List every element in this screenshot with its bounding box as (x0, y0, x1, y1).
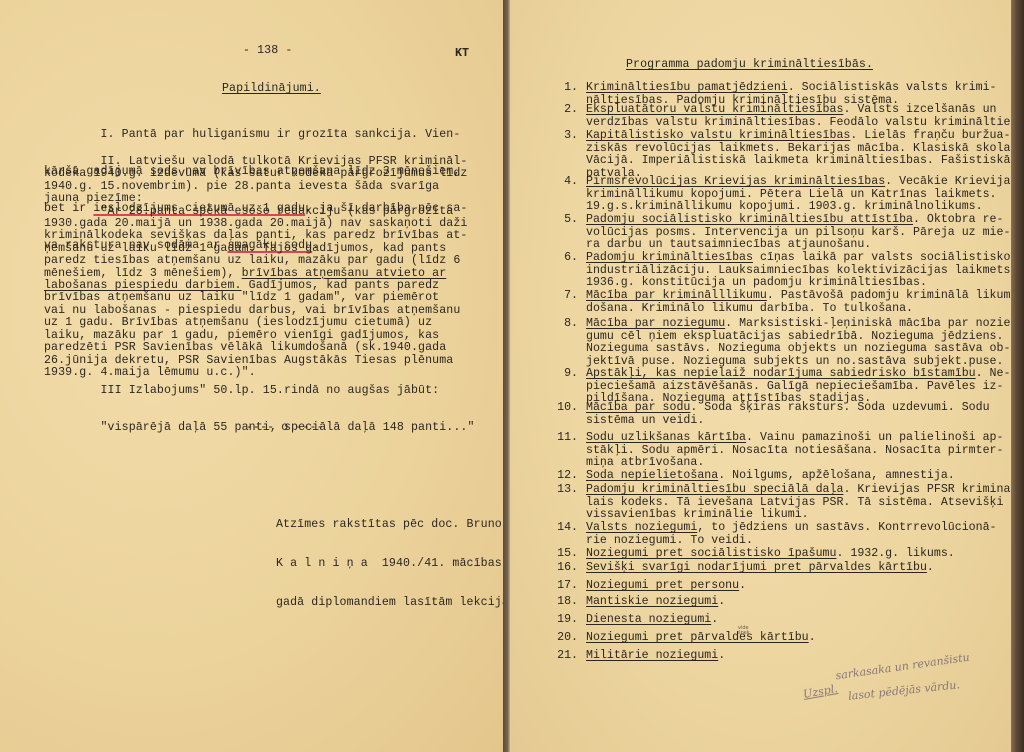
program-item: 17.Noziegumi pret personu. (552, 580, 746, 593)
item-text: Noziegumi pret sociālistisko īpašumu. 19… (586, 548, 955, 561)
signature-note: Atzīmes rakstītas pēc doc. Bruno K a l n… (276, 494, 523, 634)
program-item: 5.Padomju sociālistisko krimināltiesību … (552, 214, 1010, 252)
item-heading: Padomju krimināltiesības (586, 251, 753, 264)
item-heading: Militārie noziegumi (586, 649, 718, 662)
item-text: Padomju sociālistisko krimināltiesību at… (586, 214, 1010, 252)
item-number: 15. (552, 548, 578, 561)
underlined-phrase: brīvības atņemšanu atvieto ar (242, 267, 447, 280)
signature-line: K a l n i ņ a 1940./41. mācības (276, 558, 523, 570)
left-page: - 138 - KT Papildinājumi. I. Pantā par h… (0, 0, 503, 752)
item-number: 20. (552, 632, 578, 645)
item-number: 19. (552, 614, 578, 627)
item-number: 6. (552, 252, 578, 265)
section-divider: ---- o ---- (246, 422, 324, 434)
item-number: 12. (552, 470, 578, 483)
item-number: 21. (552, 650, 578, 663)
program-item: 10.Mācība par sodu. Soda šķiras raksturs… (552, 402, 990, 427)
item-number: 17. (552, 580, 578, 593)
program-item: 18.Mantiskie noziegumi. (552, 596, 725, 609)
section-2-line: jauna piezīme: (44, 193, 467, 205)
item-text: Dienesta noziegumi. (586, 614, 718, 627)
item-heading: Ekspluatātoru valstu krimināltiesības (586, 103, 843, 116)
item-text: Padomju krimināltiesības cīņas laikā par… (586, 252, 1017, 290)
signature-line: Atzīmes rakstītas pēc doc. Bruno (276, 519, 523, 531)
item-number: 18. (552, 596, 578, 609)
item-number: 7. (552, 290, 578, 303)
item-number: 16. (552, 562, 578, 575)
signature-line: gadā diplomandiem lasītām lekcijām. (276, 597, 523, 609)
section-title: Papildinājumi. (222, 83, 321, 95)
item-number: 8. (552, 318, 578, 331)
item-number: 2. (552, 104, 578, 117)
item-number: 1. (552, 82, 578, 95)
item-number: 10. (552, 402, 578, 415)
item-heading: Mācība par noziegumu (586, 317, 725, 330)
item-heading: Dienesta noziegumi (586, 613, 711, 626)
section-2-line: kriminālkodeka sevišķas daļas panti, kas… (44, 230, 467, 242)
program-item: 12.Soda nepielietošana. Noilgums, apžēlo… (552, 470, 955, 483)
item-text: Soda nepielietošana. Noilgums, apžēlošan… (586, 470, 955, 483)
book-gutter (503, 0, 511, 752)
item-number: 3. (552, 130, 578, 143)
program-item: 6.Padomju krimināltiesības cīņas laikā p… (552, 252, 1017, 290)
item-heading: Padomju sociālistisko krimināltiesību at… (586, 213, 913, 226)
item-heading: Noziegumi pret personu (586, 579, 739, 592)
item-heading: Sevišķi svarīgi nodarījumi pret pārvalde… (586, 561, 927, 574)
item-text: Mantiskie noziegumi. (586, 596, 725, 609)
item-heading: Valsts noziegumi (586, 521, 697, 534)
item-text: Mācība par noziegumu. Marksistiski-ļeņin… (586, 318, 1017, 368)
item-text: Mācība par sodu. Soda šķiras raksturs. S… (586, 402, 990, 427)
section-2: II. Latviešu valodā tulkotā Krievijas PF… (44, 156, 467, 379)
section-2-line: kodeka 1940.g. izdevumā (kas satur kodek… (44, 168, 467, 180)
item-text: Pirmsrevolūcijas Krievijas krimināltiesī… (586, 176, 1017, 214)
item-text: Padomju krimināltiesību speciālā daļa. K… (586, 484, 1017, 522)
underlined-phrase: labošanas piespiedu darbiem. (44, 279, 242, 292)
program-item: 16.Sevišķi svarīgi nodarījumi pret pārva… (552, 562, 934, 575)
item-text: Ekspluatātoru valstu krimināltiesības. V… (586, 104, 1024, 129)
item-heading: Noziegumi pret pārvaldes kārtību (586, 631, 809, 644)
program-item: 7.Mācība par kriminālllikumu. Pastāvošā … (552, 290, 1017, 315)
program-item: 14.Valsts noziegumi, to jēdziens un sast… (552, 522, 997, 547)
item-number: 11. (552, 432, 578, 445)
item-text: Sodu uzlikšanas kārtība. Vainu pamazinoš… (586, 432, 1003, 470)
item-heading: Mācība par kriminālllikumu (586, 289, 767, 302)
item-heading: Apstākļi, kas nepielaiž nodarījuma sabie… (586, 367, 976, 380)
item-number: 9. (552, 368, 578, 381)
program-item: 20.Noziegumi pret pārvaldes kārtību. (552, 632, 816, 645)
item-text: Valsts noziegumi, to jēdziens un sastāvs… (586, 522, 997, 547)
program-title: Programma padomju krimināltiesībās. (626, 59, 873, 71)
item-heading: Krimināltiesību pamatjēdzieni (586, 81, 788, 94)
item-heading: Mācība par sodu (586, 401, 690, 414)
item-heading: Noziegumi pret sociālistisko īpašumu (586, 547, 836, 560)
item-text: Noziegumi pret personu. (586, 580, 746, 593)
item-heading: Padomju krimināltiesību speciālā daļa (586, 483, 843, 496)
program-item: 11.Sodu uzlikšanas kārtība. Vainu pamazi… (552, 432, 1003, 470)
program-item: 21.Militārie noziegumi. (552, 650, 725, 663)
program-item: 2.Ekspluatātoru valstu krimināltiesības.… (552, 104, 1024, 129)
section-2-line: uz 1 gadu. Brīvības atņemšanu (ieslodzīj… (44, 317, 467, 329)
item-text: Militārie noziegumi. (586, 650, 725, 663)
item-heading: Mantiskie noziegumi (586, 595, 718, 608)
program-item: 19.Dienesta noziegumi. (552, 614, 718, 627)
program-item: 4.Pirmsrevolūcijas Krievijas krimināltie… (552, 176, 1017, 214)
item-number: 5. (552, 214, 578, 227)
item-heading: Pirmsrevolūcijas Krievijas krimināltiesī… (586, 175, 885, 188)
margin-note: vide špek (738, 626, 750, 636)
corner-mark: KT (455, 48, 469, 60)
page-edge (1011, 0, 1024, 752)
item-heading: Kapitālistisko valstu krimināltiesības (586, 129, 850, 142)
program-item: 3.Kapitālistisko valstu krimināltiesības… (552, 130, 1010, 180)
page-number: - 138 - (243, 45, 292, 57)
item-number: 4. (552, 176, 578, 189)
item-heading: Soda nepielietošana (586, 469, 718, 482)
item-text: Mācība par kriminālllikumu. Pastāvošā pa… (586, 290, 1017, 315)
item-text: Sevišķi svarīgi nodarījumi pret pārvalde… (586, 562, 934, 575)
section-3-line: III Izlabojums" 50.lp. 15.rindā no augša… (44, 385, 475, 397)
item-number: 14. (552, 522, 578, 535)
section-2-line: brīvības atņemšanu uz laiku "līdz 1 gada… (44, 292, 467, 304)
item-text: Noziegumi pret pārvaldes kārtību. (586, 632, 816, 645)
program-item: 15.Noziegumi pret sociālistisko īpašumu.… (552, 548, 955, 561)
section-3: III Izlabojums" 50.lp. 15.rindā no augša… (44, 360, 475, 459)
item-number: 13. (552, 484, 578, 497)
program-item: 13.Padomju krimināltiesību speciālā daļa… (552, 484, 1017, 522)
program-item: 8.Mācība par noziegumu. Marksistiski-ļeņ… (552, 318, 1017, 368)
item-heading: Sodu uzlikšanas kārtība (586, 431, 746, 444)
section-1-line: I. Pantā par huliganismu ir grozīta sank… (44, 129, 467, 141)
item-text: Kapitālistisko valstu krimināltiesības. … (586, 130, 1010, 180)
section-2-line: paredzēti PSR Savienības vēlākā likumdoš… (44, 342, 467, 354)
